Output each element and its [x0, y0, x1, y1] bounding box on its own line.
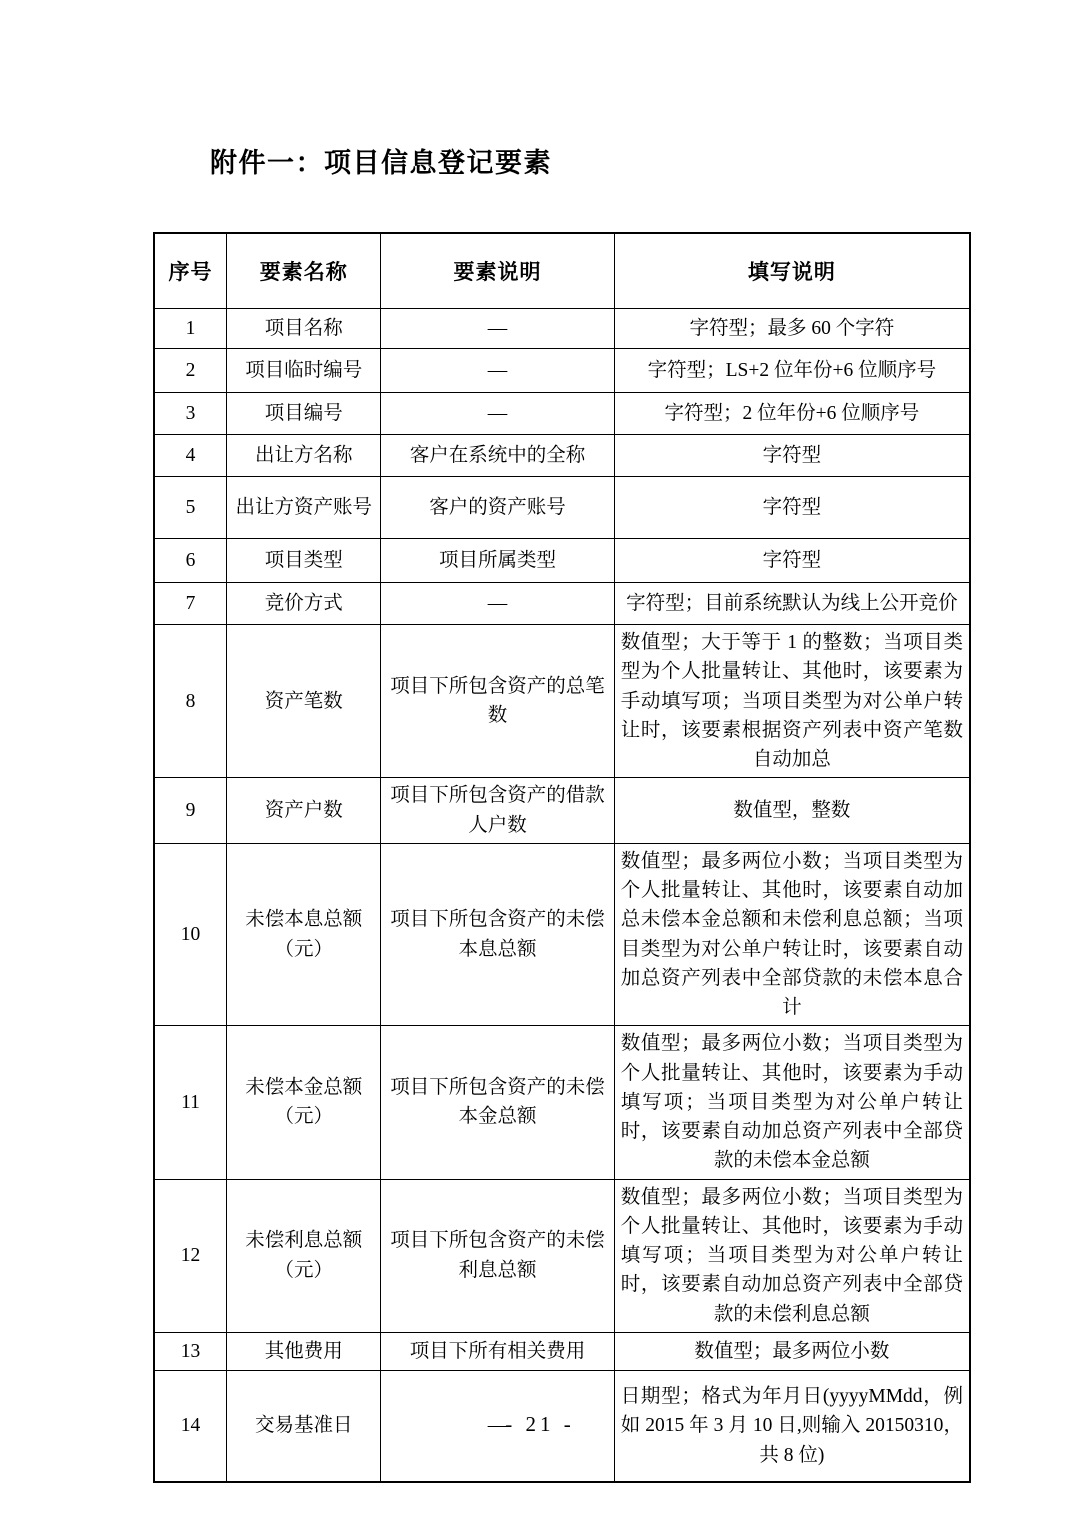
cell-desc: 项目下所包含资产的未偿本金总额 — [381, 1026, 614, 1179]
table-row: 4 出让方名称 客户在系统中的全称 字符型 — [154, 435, 970, 477]
table-header-row: 序号 要素名称 要素说明 填写说明 — [154, 233, 970, 309]
cell-desc: 项目下所包含资产的借款人户数 — [381, 778, 614, 844]
table-row: 8 资产笔数 项目下所包含资产的总笔数 数值型；大于等于 1 的整数；当项目类型… — [154, 625, 970, 778]
cell-fill: 字符型；LS+2 位年份+6 位顺序号 — [614, 349, 970, 393]
cell-fill: 字符型；最多 60 个字符 — [614, 309, 970, 349]
cell-fill: 字符型；目前系统默认为线上公开竞价 — [614, 583, 970, 625]
cell-fill: 数值型，整数 — [614, 778, 970, 844]
cell-name: 出让方名称 — [227, 435, 381, 477]
cell-name: 资产户数 — [227, 778, 381, 844]
table-row: 1 项目名称 — 字符型；最多 60 个字符 — [154, 309, 970, 349]
cell-name: 未偿本金总额（元） — [227, 1026, 381, 1179]
cell-fill: 数值型；最多两位小数；当项目类型为个人批量转让、其他时，该要素自动加总未偿本金总… — [614, 843, 970, 1026]
cell-fill: 数值型；大于等于 1 的整数；当项目类型为个人批量转让、其他时，该要素为手动填写… — [614, 625, 970, 778]
cell-no: 6 — [154, 539, 227, 583]
cell-name: 竞价方式 — [227, 583, 381, 625]
cell-fill: 数值型；最多两位小数；当项目类型为个人批量转让、其他时，该要素为手动填写项；当项… — [614, 1179, 970, 1332]
cell-desc: — — [381, 583, 614, 625]
cell-desc: 客户的资产账号 — [381, 477, 614, 539]
cell-no: 3 — [154, 393, 227, 435]
cell-desc: — — [381, 393, 614, 435]
cell-fill: 字符型 — [614, 477, 970, 539]
table-row: 2 项目临时编号 — 字符型；LS+2 位年份+6 位顺序号 — [154, 349, 970, 393]
cell-fill: 数值型；最多两位小数；当项目类型为个人批量转让、其他时，该要素为手动填写项；当项… — [614, 1026, 970, 1179]
cell-no: 13 — [154, 1332, 227, 1370]
cell-name: 资产笔数 — [227, 625, 381, 778]
column-header-fill: 填写说明 — [614, 233, 970, 309]
column-header-no: 序号 — [154, 233, 227, 309]
cell-name: 未偿本息总额（元） — [227, 843, 381, 1026]
cell-fill: 数值型；最多两位小数 — [614, 1332, 970, 1370]
column-header-desc: 要素说明 — [381, 233, 614, 309]
cell-desc: — — [381, 349, 614, 393]
cell-no: 10 — [154, 843, 227, 1026]
cell-desc: 项目下所包含资产的未偿利息总额 — [381, 1179, 614, 1332]
cell-desc: 项目下所包含资产的总笔数 — [381, 625, 614, 778]
cell-name: 项目临时编号 — [227, 349, 381, 393]
cell-name: 其他费用 — [227, 1332, 381, 1370]
cell-no: 11 — [154, 1026, 227, 1179]
table-row: 7 竞价方式 — 字符型；目前系统默认为线上公开竞价 — [154, 583, 970, 625]
document-page: 附件一：项目信息登记要素 序号 要素名称 要素说明 填写说明 1 项目名称 — … — [0, 0, 1080, 1528]
cell-no: 9 — [154, 778, 227, 844]
table-row: 10 未偿本息总额（元） 项目下所包含资产的未偿本息总额 数值型；最多两位小数；… — [154, 843, 970, 1026]
cell-name: 项目类型 — [227, 539, 381, 583]
cell-no: 12 — [154, 1179, 227, 1332]
table-row: 5 出让方资产账号 客户的资产账号 字符型 — [154, 477, 970, 539]
cell-no: 5 — [154, 477, 227, 539]
cell-fill: 字符型 — [614, 435, 970, 477]
table-row: 12 未偿利息总额（元） 项目下所包含资产的未偿利息总额 数值型；最多两位小数；… — [154, 1179, 970, 1332]
page-title: 附件一：项目信息登记要素 — [210, 141, 552, 180]
cell-no: 1 — [154, 309, 227, 349]
cell-desc: 项目所属类型 — [381, 539, 614, 583]
cell-no: 8 — [154, 625, 227, 778]
cell-name: 项目名称 — [227, 309, 381, 349]
table-row: 9 资产户数 项目下所包含资产的借款人户数 数值型，整数 — [154, 778, 970, 844]
table-row: 11 未偿本金总额（元） 项目下所包含资产的未偿本金总额 数值型；最多两位小数；… — [154, 1026, 970, 1179]
table-row: 6 项目类型 项目所属类型 字符型 — [154, 539, 970, 583]
cell-fill: 字符型；2 位年份+6 位顺序号 — [614, 393, 970, 435]
cell-no: 7 — [154, 583, 227, 625]
cell-name: 未偿利息总额（元） — [227, 1179, 381, 1332]
column-header-name: 要素名称 — [227, 233, 381, 309]
cell-desc: 项目下所有相关费用 — [381, 1332, 614, 1370]
cell-desc: — — [381, 309, 614, 349]
cell-fill: 字符型 — [614, 539, 970, 583]
table-row: 3 项目编号 — 字符型；2 位年份+6 位顺序号 — [154, 393, 970, 435]
cell-desc: 项目下所包含资产的未偿本息总额 — [381, 843, 614, 1026]
elements-table: 序号 要素名称 要素说明 填写说明 1 项目名称 — 字符型；最多 60 个字符… — [153, 232, 971, 1483]
cell-name: 项目编号 — [227, 393, 381, 435]
cell-desc: 客户在系统中的全称 — [381, 435, 614, 477]
cell-name: 出让方资产账号 — [227, 477, 381, 539]
cell-no: 4 — [154, 435, 227, 477]
page-number: - 21 - — [0, 1412, 1080, 1437]
table-row: 13 其他费用 项目下所有相关费用 数值型；最多两位小数 — [154, 1332, 970, 1370]
cell-no: 2 — [154, 349, 227, 393]
